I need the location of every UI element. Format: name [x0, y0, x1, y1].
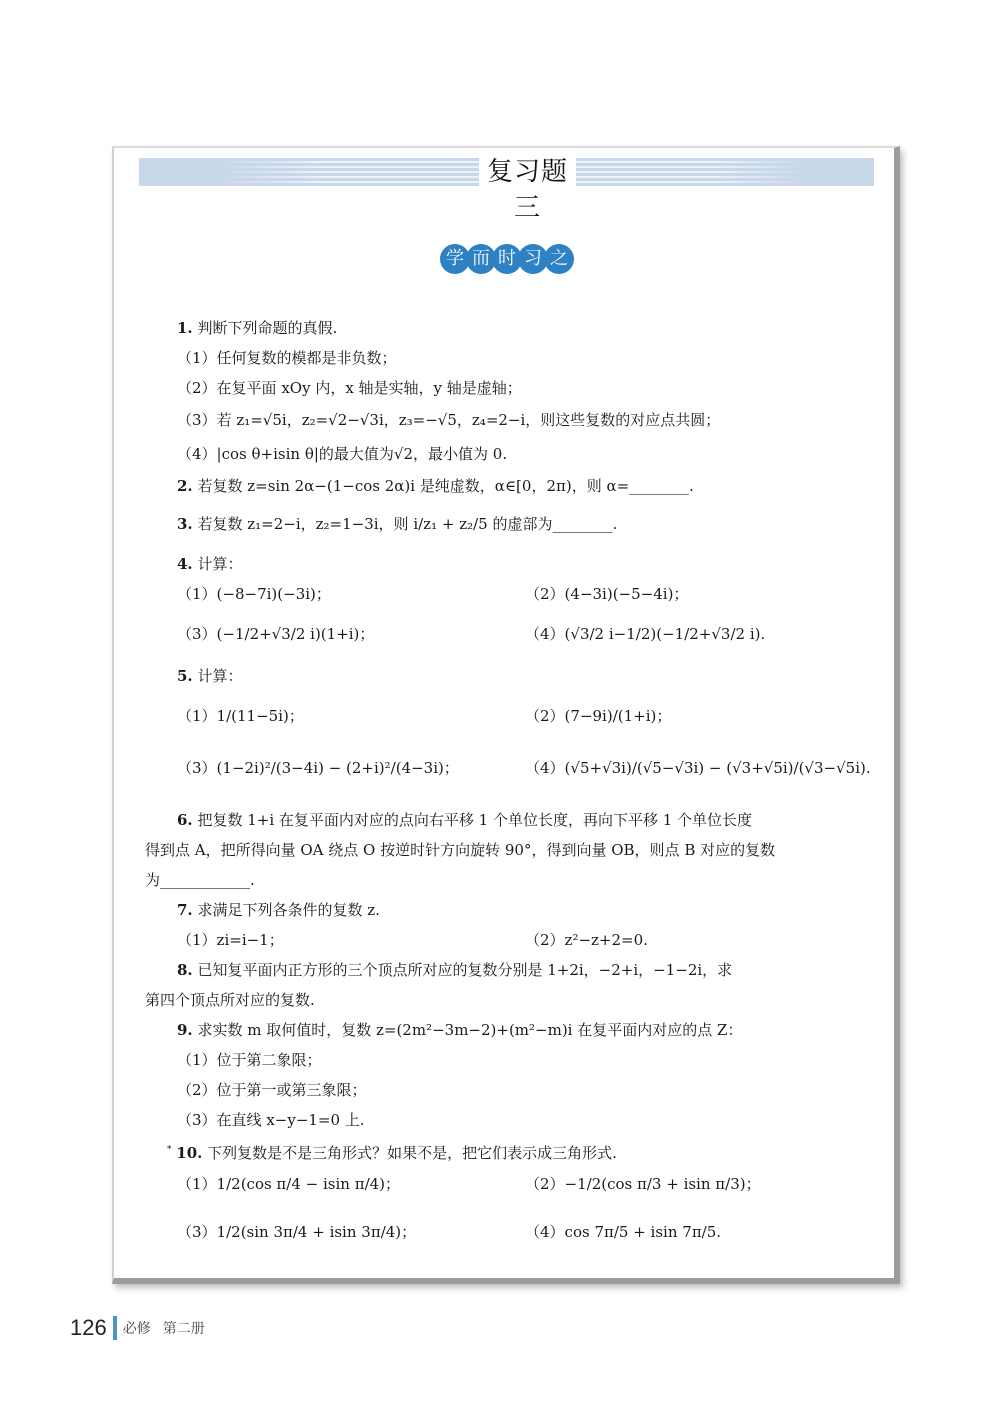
question-text: 若复数 z=sin 2α−(1−cos 2α)i 是纯虚数，α∈[0，2π)，则…: [197, 477, 693, 495]
question-1-item-2: （2）在复平面 xOy 内，x 轴是实轴，y 轴是虚轴；: [177, 378, 522, 398]
item-text: |cos θ+isin θ|的最大值为√2，最小值为 0.: [217, 445, 508, 463]
question-number: 3.: [177, 515, 193, 533]
question-text: 计算：: [197, 555, 242, 573]
question-number: 8.: [177, 961, 193, 979]
question-number: 2.: [177, 477, 193, 495]
question-7: 7. 求满足下列各条件的复数 z.: [177, 900, 380, 920]
question-number: 4.: [177, 555, 193, 573]
title-stripes-right: [576, 158, 806, 186]
question-text: 为____________.: [145, 871, 255, 889]
item-label: （4）: [525, 1223, 565, 1241]
item-label: （4）: [525, 759, 565, 777]
question-text: 下列复数是不是三角形式？如果不是，把它们表示成三角形式.: [207, 1144, 617, 1162]
item-text: (√3/2 i−1/2)(−1/2+√3/2 i).: [565, 625, 766, 643]
item-text: 1/2(sin 3π/4 + isin 3π/4)；: [217, 1223, 417, 1241]
question-text: 计算：: [197, 667, 242, 685]
question-10-item-3: （3）1/2(sin 3π/4 + isin 3π/4)；: [177, 1222, 416, 1242]
question-9-item-3: （3）在直线 x−y−1=0 上.: [177, 1110, 365, 1130]
item-text: (4−3i)(−5−4i)；: [565, 585, 689, 603]
question-3: 3. 若复数 z₁=2−i，z₂=1−3i，则 i/z₁ + z₂/5 的虚部为…: [177, 514, 617, 534]
item-label: （2）: [525, 707, 565, 725]
item-text: 位于第一或第三象限；: [217, 1081, 367, 1099]
optional-star: *: [167, 1145, 172, 1155]
question-text: 求实数 m 取何值时，复数 z=(2m²−3m−2)+(m²−m)i 在复平面内…: [197, 1021, 742, 1039]
question-number: 7.: [177, 901, 193, 919]
question-6-line-2: 得到点 A，把所得向量 OA 绕点 O 按逆时针方向旋转 90°，得到向量 OB…: [145, 840, 775, 860]
item-label: （2）: [177, 1081, 217, 1099]
question-10: * 10. 下列复数是不是三角形式？如果不是，把它们表示成三角形式.: [167, 1140, 617, 1163]
item-label: （1）: [177, 585, 217, 603]
book-name: 必修: [123, 1318, 151, 1338]
question-number: 10.: [176, 1144, 202, 1162]
item-label: （2）: [525, 585, 565, 603]
question-4-item-4: （4）(√3/2 i−1/2)(−1/2+√3/2 i).: [525, 624, 765, 644]
question-6: 6. 把复数 1+i 在复平面内对应的点向右平移 1 个单位长度，再向下平移 1…: [177, 810, 752, 830]
question-1-item-1: （1）任何复数的模都是非负数；: [177, 348, 397, 368]
question-8: 8. 已知复平面内正方形的三个顶点所对应的复数分别是 1+2i，−2+i，−1−…: [177, 960, 732, 980]
question-6-line-3: 为____________.: [145, 870, 255, 890]
item-label: （2）: [177, 379, 217, 397]
question-text: 求满足下列各条件的复数 z.: [197, 901, 379, 919]
item-text: 若 z₁=√5i，z₂=√2−√3i，z₃=−√5，z₄=2−i，则这些复数的对…: [217, 411, 721, 429]
item-label: （1）: [177, 707, 217, 725]
item-text: cos 7π/5 + isin 7π/5.: [565, 1223, 722, 1241]
item-text: (−8−7i)(−3i)；: [217, 585, 331, 603]
question-4: 4. 计算：: [177, 554, 242, 574]
item-text: 1/2(cos π/4 − isin π/4)；: [217, 1175, 400, 1193]
question-5-item-4: （4）(√5+√3i)/(√5−√3i) − (√3+√5i)/(√3−√5i)…: [525, 758, 871, 778]
item-text: 任何复数的模都是非负数；: [217, 349, 397, 367]
item-text: zi=i−1；: [217, 931, 284, 949]
question-8-line-2: 第四个顶点所对应的复数.: [145, 990, 315, 1010]
item-text: (√5+√3i)/(√5−√3i) − (√3+√5i)/(√3−√5i).: [565, 759, 871, 777]
question-number: 6.: [177, 811, 193, 829]
question-5-item-1: （1）1/(11−5i)；: [177, 706, 304, 726]
question-4-item-1: （1）(−8−7i)(−3i)；: [177, 584, 331, 604]
question-4-item-2: （2）(4−3i)(−5−4i)；: [525, 584, 688, 604]
page-title: 复习题三: [479, 154, 576, 190]
item-text: −1/2(cos π/3 + isin π/3)；: [565, 1175, 761, 1193]
question-text: 第四个顶点所对应的复数.: [145, 991, 315, 1009]
question-5-item-3: （3）(1−2i)²/(3−4i) − (2+i)²/(4−3i)；: [177, 758, 459, 778]
question-number: 9.: [177, 1021, 193, 1039]
question-5: 5. 计算：: [177, 666, 242, 686]
question-number: 5.: [177, 667, 193, 685]
item-label: （3）: [177, 625, 217, 643]
question-9-item-1: （1）位于第二象限；: [177, 1050, 322, 1070]
footer-accent-bar: [113, 1316, 117, 1340]
item-label: （1）: [177, 349, 217, 367]
item-text: 1/(11−5i)；: [217, 707, 304, 725]
question-text: 若复数 z₁=2−i，z₂=1−3i，则 i/z₁ + z₂/5 的虚部为___…: [197, 515, 617, 533]
question-7-item-1: （1）zi=i−1；: [177, 930, 284, 950]
title-stripes-left: [219, 158, 479, 186]
item-label: （4）: [525, 625, 565, 643]
question-4-item-3: （3）(−1/2+√3/2 i)(1+i)；: [177, 624, 374, 644]
question-text: 已知复平面内正方形的三个顶点所对应的复数分别是 1+2i，−2+i，−1−2i，…: [197, 961, 732, 979]
question-1-item-3: （3）若 z₁=√5i，z₂=√2−√3i，z₃=−√5，z₄=2−i，则这些复…: [177, 410, 720, 430]
question-text: 判断下列命题的真假.: [197, 319, 337, 337]
item-text: 位于第二象限；: [217, 1051, 322, 1069]
item-label: （2）: [525, 931, 565, 949]
item-text: 在复平面 xOy 内，x 轴是实轴，y 轴是虚轴；: [217, 379, 522, 397]
item-label: （3）: [177, 411, 217, 429]
question-10-item-4: （4）cos 7π/5 + isin 7π/5.: [525, 1222, 721, 1242]
question-9-item-2: （2）位于第一或第三象限；: [177, 1080, 367, 1100]
badge-char: 之: [544, 244, 574, 274]
question-5-item-2: （2）(7−9i)/(1+i)；: [525, 706, 671, 726]
item-text: (−1/2+√3/2 i)(1+i)；: [217, 625, 375, 643]
item-text: 在直线 x−y−1=0 上.: [217, 1111, 365, 1129]
item-label: （3）: [177, 1111, 217, 1129]
question-9: 9. 求实数 m 取何值时，复数 z=(2m²−3m−2)+(m²−m)i 在复…: [177, 1020, 742, 1040]
item-label: （3）: [177, 1223, 217, 1241]
title-band: 复习题三: [139, 158, 874, 186]
item-label: （1）: [177, 931, 217, 949]
question-10-item-1: （1）1/2(cos π/4 − isin π/4)；: [177, 1174, 400, 1194]
item-label: （4）: [177, 445, 217, 463]
question-10-item-2: （2）−1/2(cos π/3 + isin π/3)；: [525, 1174, 761, 1194]
item-label: （1）: [177, 1175, 217, 1193]
question-1-item-4: （4）|cos θ+isin θ|的最大值为√2，最小值为 0.: [177, 444, 507, 464]
item-text: (1−2i)²/(3−4i) − (2+i)²/(4−3i)；: [217, 759, 459, 777]
volume-name: 第二册: [163, 1318, 205, 1338]
question-text: 把复数 1+i 在复平面内对应的点向右平移 1 个单位长度，再向下平移 1 个单…: [197, 811, 752, 829]
question-7-item-2: （2）z²−z+2=0.: [525, 930, 648, 950]
question-2: 2. 若复数 z=sin 2α−(1−cos 2α)i 是纯虚数，α∈[0，2π…: [177, 476, 694, 496]
section-badge: 学 而 时 习 之: [440, 244, 570, 276]
question-1: 1. 判断下列命题的真假.: [177, 318, 337, 338]
question-number: 1.: [177, 319, 193, 337]
page-number: 126: [70, 1315, 107, 1341]
item-label: （3）: [177, 759, 217, 777]
item-label: （2）: [525, 1175, 565, 1193]
item-text: z²−z+2=0.: [565, 931, 648, 949]
page-footer: 126 必修 第二册: [70, 1315, 205, 1341]
item-label: （1）: [177, 1051, 217, 1069]
question-text: 得到点 A，把所得向量 OA 绕点 O 按逆时针方向旋转 90°，得到向量 OB…: [145, 841, 775, 859]
item-text: (7−9i)/(1+i)；: [565, 707, 672, 725]
